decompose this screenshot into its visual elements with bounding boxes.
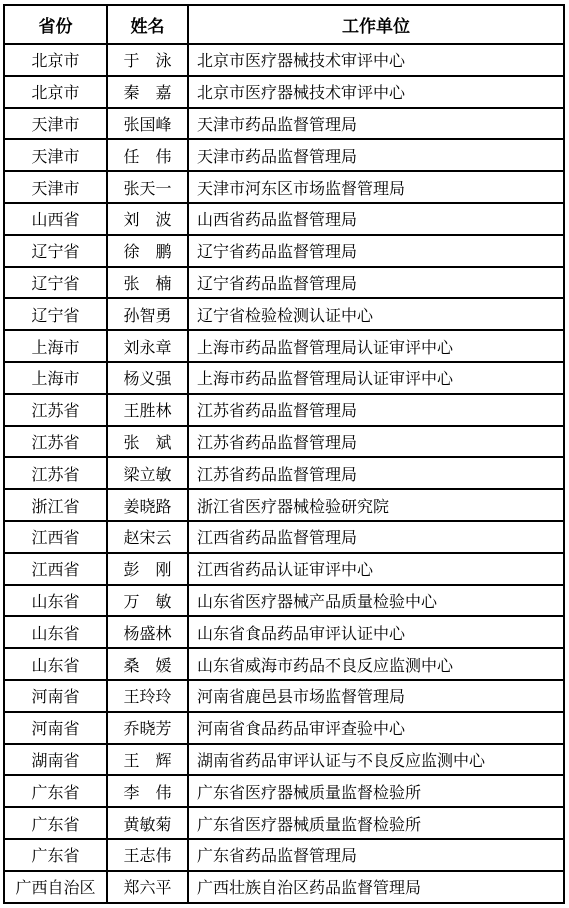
province-cell: 山东省 xyxy=(4,648,107,680)
unit-cell: 北京市医疗器械技术审评中心 xyxy=(188,76,564,108)
name-cell: 王胜林 xyxy=(107,394,188,426)
table-header: 省份 姓名 工作单位 xyxy=(4,5,564,44)
province-cell: 江西省 xyxy=(4,553,107,585)
unit-cell: 广东省药品监督管理局 xyxy=(188,839,564,871)
name-cell: 杨义强 xyxy=(107,362,188,394)
table-row: 湖南省王 辉湖南省药品审评认证与不良反应监测中心 xyxy=(4,744,564,776)
header-row: 省份 姓名 工作单位 xyxy=(4,5,564,44)
table-row: 北京市于 泳北京市医疗器械技术审评中心 xyxy=(4,44,564,76)
unit-cell: 辽宁省药品监督管理局 xyxy=(188,267,564,299)
unit-cell: 河南省鹿邑县市场监督管理局 xyxy=(188,680,564,712)
unit-cell: 山东省医疗器械产品质量检验中心 xyxy=(188,585,564,617)
name-cell: 彭 刚 xyxy=(107,553,188,585)
table-row: 辽宁省张 楠辽宁省药品监督管理局 xyxy=(4,267,564,299)
name-cell: 郑六平 xyxy=(107,871,188,903)
table-row: 浙江省姜晓路浙江省医疗器械检验研究院 xyxy=(4,489,564,521)
unit-cell: 辽宁省药品监督管理局 xyxy=(188,235,564,267)
table-row: 天津市任 伟天津市药品监督管理局 xyxy=(4,139,564,171)
province-cell: 北京市 xyxy=(4,44,107,76)
province-cell: 江苏省 xyxy=(4,394,107,426)
province-cell: 广东省 xyxy=(4,839,107,871)
table-row: 河南省乔晓芳河南省食品药品审评查验中心 xyxy=(4,712,564,744)
table-row: 江西省彭 刚江西省药品认证审评中心 xyxy=(4,553,564,585)
column-header-province: 省份 xyxy=(4,5,107,44)
unit-cell: 天津市药品监督管理局 xyxy=(188,108,564,140)
province-cell: 广东省 xyxy=(4,807,107,839)
unit-cell: 山西省药品监督管理局 xyxy=(188,203,564,235)
name-cell: 万 敏 xyxy=(107,585,188,617)
name-cell: 乔晓芳 xyxy=(107,712,188,744)
unit-cell: 湖南省药品审评认证与不良反应监测中心 xyxy=(188,744,564,776)
unit-cell: 江苏省药品监督管理局 xyxy=(188,426,564,458)
column-header-name: 姓名 xyxy=(107,5,188,44)
province-cell: 江苏省 xyxy=(4,426,107,458)
province-cell: 辽宁省 xyxy=(4,235,107,267)
name-cell: 姜晓路 xyxy=(107,489,188,521)
province-cell: 辽宁省 xyxy=(4,298,107,330)
province-cell: 浙江省 xyxy=(4,489,107,521)
province-cell: 河南省 xyxy=(4,680,107,712)
province-cell: 广东省 xyxy=(4,775,107,807)
unit-cell: 天津市药品监督管理局 xyxy=(188,139,564,171)
name-cell: 黄敏菊 xyxy=(107,807,188,839)
table-row: 河南省王玲玲河南省鹿邑县市场监督管理局 xyxy=(4,680,564,712)
name-cell: 王志伟 xyxy=(107,839,188,871)
name-cell: 王 辉 xyxy=(107,744,188,776)
table-row: 江西省赵宋云江西省药品监督管理局 xyxy=(4,521,564,553)
province-cell: 湖南省 xyxy=(4,744,107,776)
name-cell: 张 楠 xyxy=(107,267,188,299)
table-row: 辽宁省徐 鹏辽宁省药品监督管理局 xyxy=(4,235,564,267)
name-cell: 刘永章 xyxy=(107,330,188,362)
table-row: 山东省桑 媛山东省威海市药品不良反应监测中心 xyxy=(4,648,564,680)
table-row: 上海市杨义强上海市药品监督管理局认证审评中心 xyxy=(4,362,564,394)
name-cell: 张天一 xyxy=(107,171,188,203)
unit-cell: 江苏省药品监督管理局 xyxy=(188,457,564,489)
table-row: 辽宁省孙智勇辽宁省检验检测认证中心 xyxy=(4,298,564,330)
province-cell: 江西省 xyxy=(4,521,107,553)
unit-cell: 浙江省医疗器械检验研究院 xyxy=(188,489,564,521)
unit-cell: 辽宁省检验检测认证中心 xyxy=(188,298,564,330)
table-row: 江苏省张 斌江苏省药品监督管理局 xyxy=(4,426,564,458)
unit-cell: 上海市药品监督管理局认证审评中心 xyxy=(188,330,564,362)
name-cell: 桑 媛 xyxy=(107,648,188,680)
province-cell: 天津市 xyxy=(4,139,107,171)
name-cell: 秦 嘉 xyxy=(107,76,188,108)
province-cell: 辽宁省 xyxy=(4,267,107,299)
province-cell: 天津市 xyxy=(4,108,107,140)
table-row: 江苏省王胜林江苏省药品监督管理局 xyxy=(4,394,564,426)
unit-cell: 山东省食品药品审评认证中心 xyxy=(188,616,564,648)
unit-cell: 北京市医疗器械技术审评中心 xyxy=(188,44,564,76)
table-row: 江苏省梁立敏江苏省药品监督管理局 xyxy=(4,457,564,489)
table-row: 山东省万 敏山东省医疗器械产品质量检验中心 xyxy=(4,585,564,617)
table-row: 广西自治区郑六平广西壮族自治区药品监督管理局 xyxy=(4,871,564,903)
table-row: 上海市刘永章上海市药品监督管理局认证审评中心 xyxy=(4,330,564,362)
table-body: 北京市于 泳北京市医疗器械技术审评中心北京市秦 嘉北京市医疗器械技术审评中心天津… xyxy=(4,44,564,903)
province-cell: 广西自治区 xyxy=(4,871,107,903)
table-row: 山东省杨盛林山东省食品药品审评认证中心 xyxy=(4,616,564,648)
name-cell: 赵宋云 xyxy=(107,521,188,553)
name-cell: 梁立敏 xyxy=(107,457,188,489)
province-cell: 江苏省 xyxy=(4,457,107,489)
table-row: 北京市秦 嘉北京市医疗器械技术审评中心 xyxy=(4,76,564,108)
name-cell: 张国峰 xyxy=(107,108,188,140)
name-cell: 任 伟 xyxy=(107,139,188,171)
province-cell: 上海市 xyxy=(4,330,107,362)
province-cell: 山西省 xyxy=(4,203,107,235)
unit-cell: 山东省威海市药品不良反应监测中心 xyxy=(188,648,564,680)
table-row: 广东省黄敏菊广东省医疗器械质量监督检验所 xyxy=(4,807,564,839)
name-cell: 于 泳 xyxy=(107,44,188,76)
unit-cell: 江西省药品认证审评中心 xyxy=(188,553,564,585)
table-row: 天津市张天一天津市河东区市场监督管理局 xyxy=(4,171,564,203)
province-cell: 上海市 xyxy=(4,362,107,394)
document-page: 省份 姓名 工作单位 北京市于 泳北京市医疗器械技术审评中心北京市秦 嘉北京市医… xyxy=(0,0,569,904)
personnel-table: 省份 姓名 工作单位 北京市于 泳北京市医疗器械技术审评中心北京市秦 嘉北京市医… xyxy=(3,4,565,904)
column-header-unit: 工作单位 xyxy=(188,5,564,44)
unit-cell: 河南省食品药品审评查验中心 xyxy=(188,712,564,744)
province-cell: 北京市 xyxy=(4,76,107,108)
table-row: 广东省王志伟广东省药品监督管理局 xyxy=(4,839,564,871)
unit-cell: 广西壮族自治区药品监督管理局 xyxy=(188,871,564,903)
name-cell: 刘 波 xyxy=(107,203,188,235)
name-cell: 李 伟 xyxy=(107,775,188,807)
unit-cell: 江苏省药品监督管理局 xyxy=(188,394,564,426)
unit-cell: 天津市河东区市场监督管理局 xyxy=(188,171,564,203)
province-cell: 山东省 xyxy=(4,616,107,648)
unit-cell: 广东省医疗器械质量监督检验所 xyxy=(188,807,564,839)
unit-cell: 江西省药品监督管理局 xyxy=(188,521,564,553)
unit-cell: 广东省医疗器械质量监督检验所 xyxy=(188,775,564,807)
province-cell: 河南省 xyxy=(4,712,107,744)
name-cell: 杨盛林 xyxy=(107,616,188,648)
name-cell: 王玲玲 xyxy=(107,680,188,712)
table-row: 山西省刘 波山西省药品监督管理局 xyxy=(4,203,564,235)
unit-cell: 上海市药品监督管理局认证审评中心 xyxy=(188,362,564,394)
province-cell: 天津市 xyxy=(4,171,107,203)
name-cell: 张 斌 xyxy=(107,426,188,458)
table-row: 广东省李 伟广东省医疗器械质量监督检验所 xyxy=(4,775,564,807)
name-cell: 孙智勇 xyxy=(107,298,188,330)
province-cell: 山东省 xyxy=(4,585,107,617)
name-cell: 徐 鹏 xyxy=(107,235,188,267)
table-row: 天津市张国峰天津市药品监督管理局 xyxy=(4,108,564,140)
